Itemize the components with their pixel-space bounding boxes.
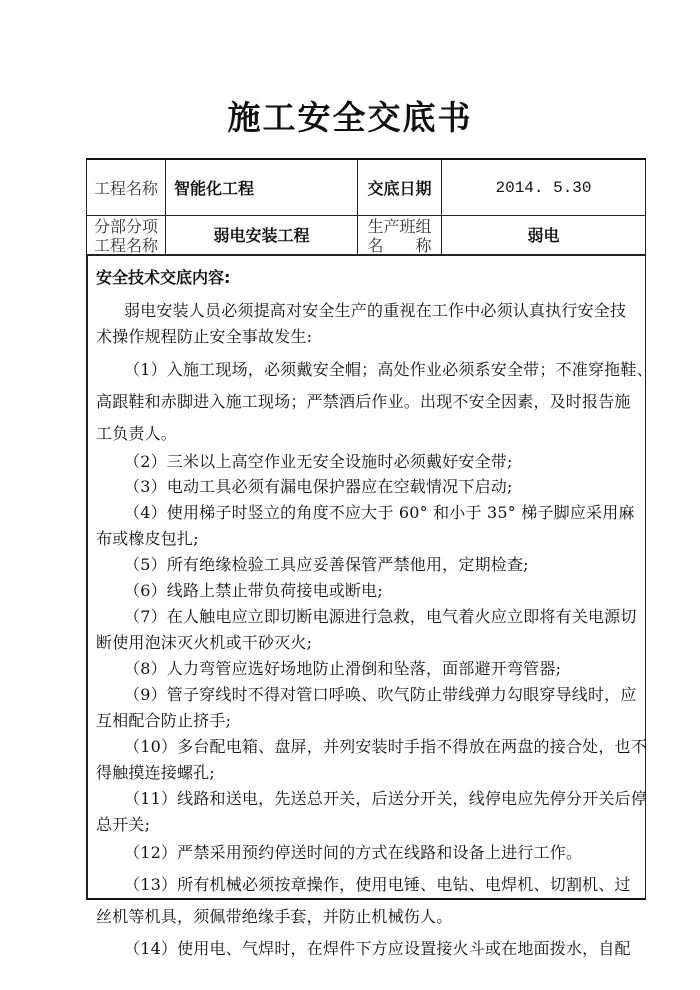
date-value: 2014. 5.30 xyxy=(442,159,646,216)
content-line: （2）三米以上高空作业无安全设施时必须戴好安全带; xyxy=(124,449,513,472)
content-line: 弱电安装人员必须提高对安全生产的重视在工作中必须认真执行安全技 xyxy=(124,298,626,321)
content-line: （11）线路和送电，先送总开关，后送分开关，线停电应先停分开关后停 xyxy=(124,786,647,809)
content-line: 布或橡皮包扎; xyxy=(96,526,199,549)
document-title: 施工安全交底书 xyxy=(0,92,700,139)
content-line: （5）所有绝缘检验工具应妥善保管严禁他用，定期检查; xyxy=(124,552,529,575)
team-label-line2: 名 称 xyxy=(358,236,441,255)
content-line: 互相配合防止挤手; xyxy=(96,708,231,731)
header-row-project: 工程名称 智能化工程 交底日期 2014. 5.30 xyxy=(87,159,646,216)
content-line: 得触摸连接螺孔; xyxy=(96,760,215,783)
safety-content-box: 安全技术交底内容: 弱电安装人员必须提高对安全生产的重视在工作中必须认真执行安全… xyxy=(86,254,646,900)
team-label-line1: 生产班组 xyxy=(358,217,441,236)
content-line: （6）线路上禁止带负荷接电或断电; xyxy=(124,578,383,601)
header-row-subproject: 分部分项 工程名称 弱电安装工程 生产班组 名 称 弱电 xyxy=(87,216,646,256)
team-value: 弱电 xyxy=(442,216,646,256)
content-line: （13）所有机械必须按章操作，使用电锤、电钻、电焊机、切割机、过 xyxy=(124,872,631,895)
content-line: 总开关; xyxy=(96,812,150,835)
date-label: 交底日期 xyxy=(358,159,442,216)
content-line: （12）严禁采用预约停送时间的方式在线路和设备上进行工作。 xyxy=(124,840,582,863)
content-line: （1）入施工现场，必须戴安全帽；高处作业必须系安全带；不准穿拖鞋、 xyxy=(124,357,653,380)
content-line: （3）电动工具必须有漏电保护器应在空载情况下启动; xyxy=(124,474,513,497)
subproject-value: 弱电安装工程 xyxy=(166,216,358,256)
content-line: （7）在人触电应立即切断电源进行急救，电气着火应立即将有关电源切 xyxy=(124,604,637,627)
header-table: 工程名称 智能化工程 交底日期 2014. 5.30 分部分项 工程名称 弱电安… xyxy=(86,158,646,256)
content-line: 术操作规程防止安全事故发生: xyxy=(96,324,312,347)
project-name-label: 工程名称 xyxy=(87,159,166,216)
content-line: （8）人力弯管应选好场地防止滑倒和坠落，面部避开弯管器; xyxy=(124,656,561,679)
subproject-label-line2: 工程名称 xyxy=(87,236,165,255)
team-label: 生产班组 名 称 xyxy=(358,216,442,256)
content-line: （10）多台配电箱、盘屏，并列安装时手指不得放在两盘的接合处，也不 xyxy=(124,734,647,757)
content-line: 断使用泡沫灭火机或干砂灭火; xyxy=(96,630,312,653)
subproject-label-line1: 分部分项 xyxy=(87,217,165,236)
content-line: （14）使用电、气焊时，在焊件下方应设置接火斗或在地面拨水，自配 xyxy=(124,936,631,959)
content-line: （4）使用梯子时竖立的角度不应大于 60° 和小于 35° 梯子脚应采用麻 xyxy=(124,500,635,523)
content-line: 高跟鞋和赤脚进入施工现场；严禁酒后作业。出现不安全因素，及时报告施 xyxy=(96,389,631,412)
project-name-value: 智能化工程 xyxy=(166,159,358,216)
content-line: 丝机等机具，须佩带绝缘手套，并防止机械伤人。 xyxy=(96,904,452,927)
subproject-label: 分部分项 工程名称 xyxy=(87,216,166,256)
content-line: 工负责人。 xyxy=(96,421,177,444)
content-line: （9）管子穿线时不得对管口呼唤、吹气防止带线弹力勾眼穿导线时，应 xyxy=(124,682,637,705)
content-heading: 安全技术交底内容: xyxy=(96,265,230,288)
